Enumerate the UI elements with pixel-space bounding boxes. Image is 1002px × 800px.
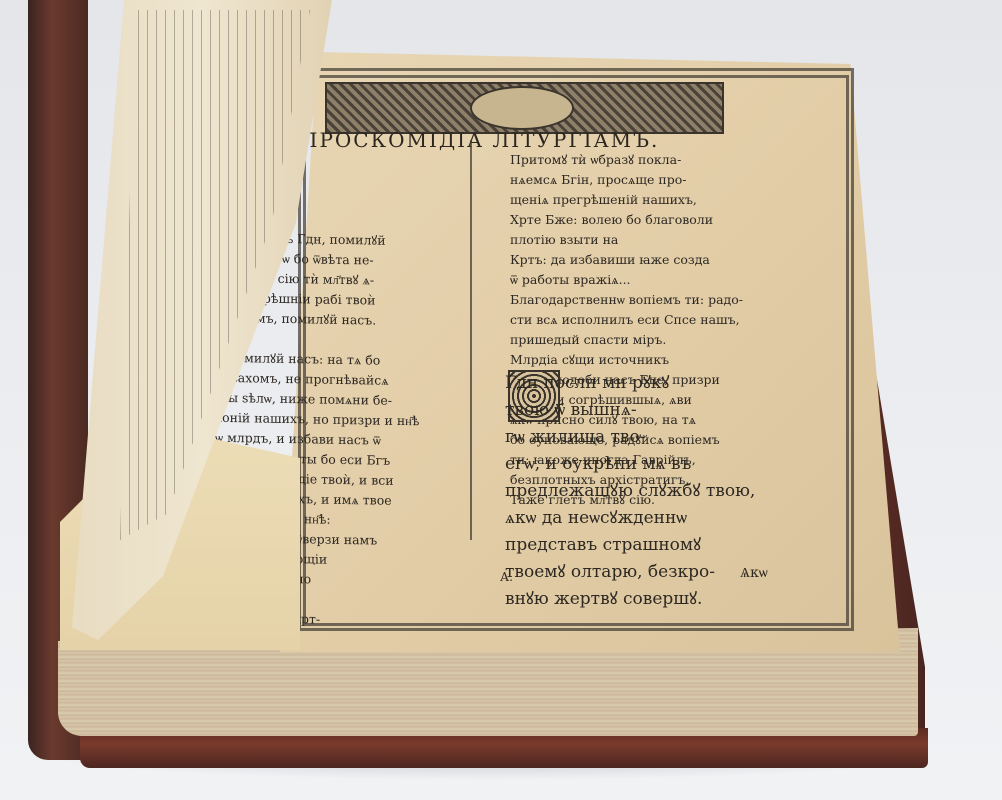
page-mark: А. — [500, 570, 513, 584]
page-heading: ПРОСКОМІДІА ЛІТУРГІАМЪ. — [300, 128, 659, 152]
headpiece-medallion — [470, 86, 574, 130]
catchword: Ѧкѡ — [740, 565, 768, 582]
